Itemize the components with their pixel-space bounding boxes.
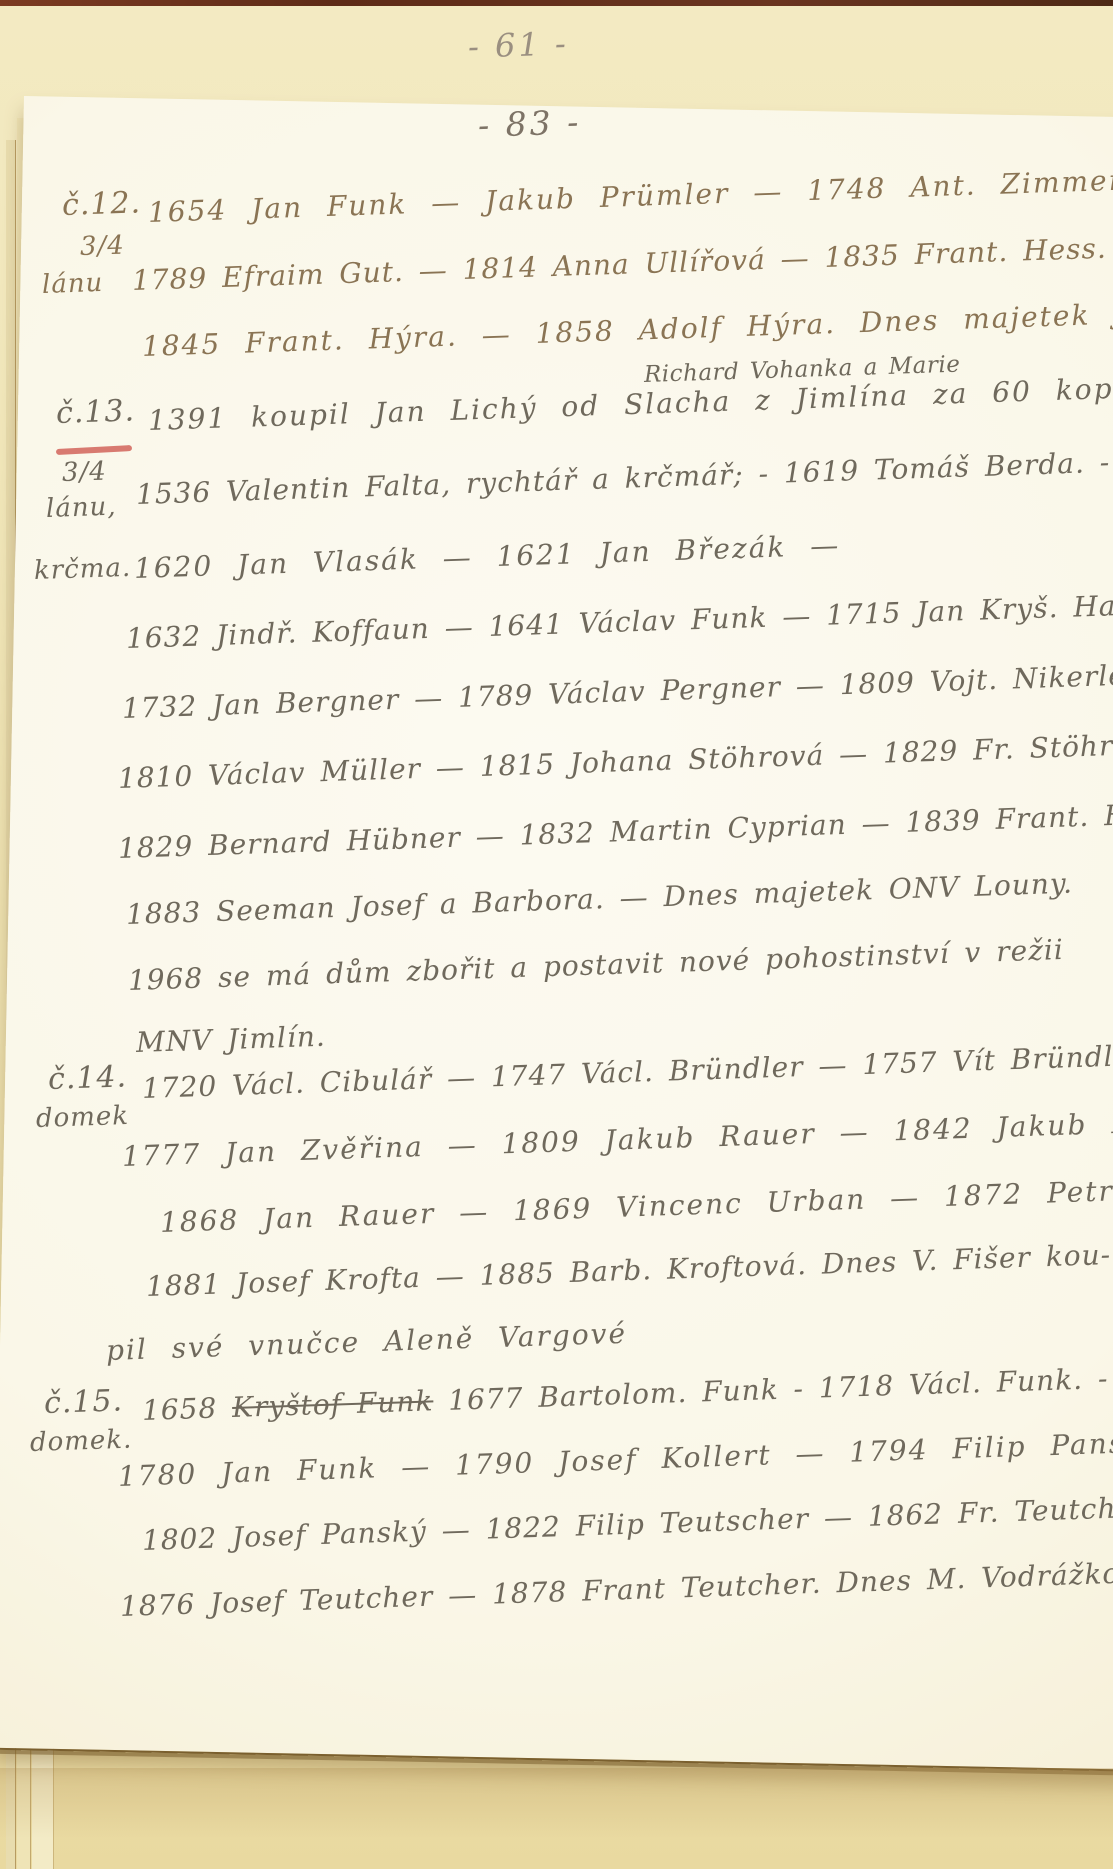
entry-13-margin-fraction: 3/4 (62, 457, 108, 488)
page-number-61: - 61 - (467, 24, 569, 65)
entry-12-number: č.12. (61, 185, 141, 223)
entry-13-margin-krcma: krčma. (34, 553, 132, 586)
entry-15-margin-domek: domek. (30, 1425, 133, 1458)
entry-12-margin-fraction: 3/4 (80, 231, 126, 262)
entry-13-number: č.13. (55, 393, 135, 431)
scanned-chronicle-page: - 61 - - 83 - č.12. 3/4 lánu 1654 Jan Fu… (0, 0, 1113, 1869)
page-number-83: - 83 - (477, 102, 582, 145)
entry-13-line-10: MNV Jimlín. (135, 1020, 326, 1059)
entry-15-line-1-year: 1658 (141, 1391, 232, 1427)
entry-15-line-1-struck-text: Kryštof Funk (232, 1384, 434, 1424)
entry-14-number: č.14. (47, 1059, 127, 1097)
entry-14-margin-domek: domek (36, 1101, 130, 1134)
entry-13-margin-lanu: lánu, (46, 492, 118, 524)
entry-15-number: č.15. (43, 1383, 123, 1421)
entry-12-margin-lanu: lánu (42, 268, 104, 300)
sheet-bottom-shadow (0, 1768, 1113, 1869)
